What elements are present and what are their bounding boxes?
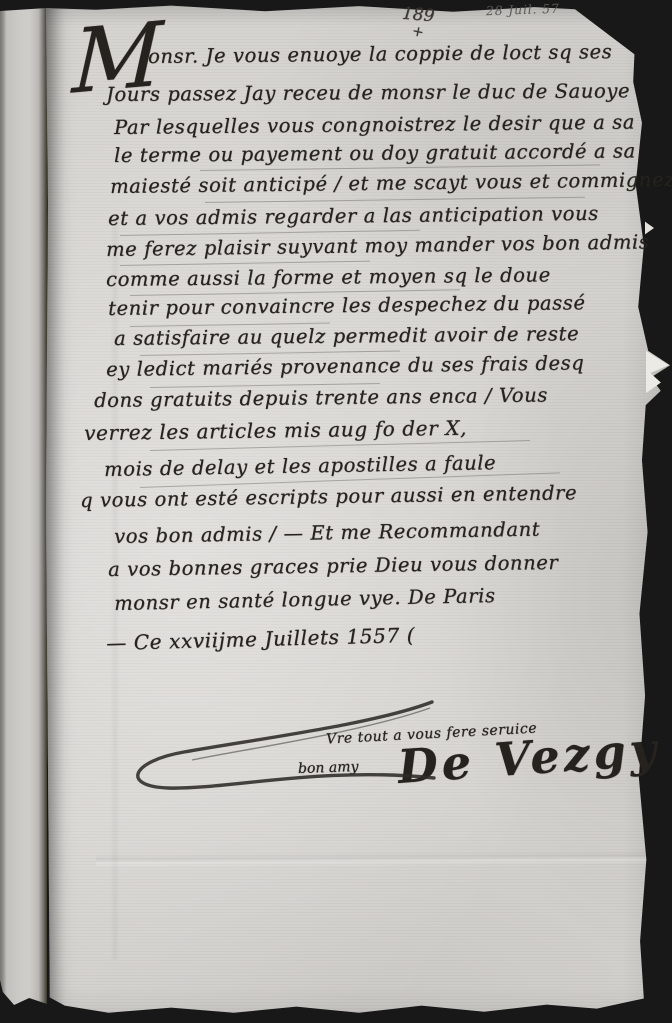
manuscript-line: Par lesquelles vous congnoistrez le desi… xyxy=(114,113,635,138)
manuscript-line: verrez les articles mis aug fo der X, xyxy=(84,418,467,443)
facing-page-edge xyxy=(0,7,47,1006)
corner-fold-crease xyxy=(610,8,672,77)
manuscript-line: et a vos admis regarder a las anticipati… xyxy=(108,204,599,229)
manuscript-scan: 189 + 28 Juil. 57 M onsr. Je vous enuoye… xyxy=(0,0,672,1023)
archival-date-annotation: 28 Juil. 57 xyxy=(486,1,560,19)
manuscript-line: dons gratuits depuis trente ans enca / V… xyxy=(94,385,548,410)
manuscript-line: a satisfaire au quelz permedit avoir de … xyxy=(114,324,579,348)
manuscript-line: le terme ou payement ou doy gratuit acco… xyxy=(114,141,636,165)
signature-flourish-icon xyxy=(112,688,447,808)
manuscript-line: tenir pour convaincre les despechez du p… xyxy=(108,293,586,318)
manuscript-line: comme aussi la forme et moyen sq le doue xyxy=(106,265,551,289)
vertical-crease-right xyxy=(655,55,672,585)
manuscript-line: onsr. Je vous enuoye la coppie de loct s… xyxy=(148,42,612,66)
manuscript-line: Jours passez Jay receu de monsr le duc d… xyxy=(106,81,630,104)
horizontal-fold-crease xyxy=(96,850,672,868)
